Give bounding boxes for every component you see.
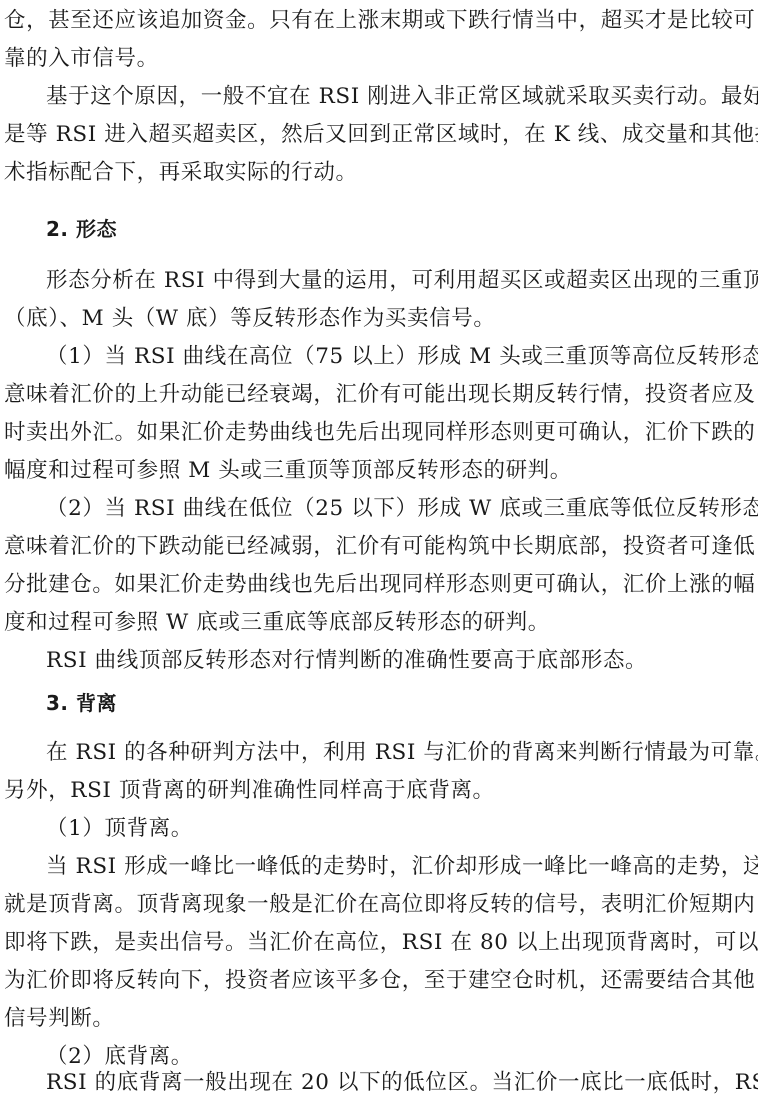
text-line: 仓，甚至还应该追加资金。只有在上涨末期或下跌行情当中，超买才是比较可 — [4, 8, 754, 34]
text-line: 为汇价即将反转向下，投资者应该平多仓，至于建空仓时机，还需要结合其他 — [4, 968, 754, 994]
text-line: 分批建仓。如果汇价走势曲线也先后出现同样形态则更可确认，汇价上涨的幅 — [4, 572, 754, 598]
text-line: 当 RSI 形成一峰比一峰低的走势时，汇价却形成一峰比一峰高的走势，这 — [46, 854, 754, 880]
text-line: （2）底背离。 — [46, 1044, 754, 1070]
text-line: （1）顶背离。 — [46, 816, 754, 842]
text-line: RSI 曲线顶部反转形态对行情判断的准确性要高于底部形态。 — [46, 648, 754, 674]
text-line: 即将下跌，是卖出信号。当汇价在高位，RSI 在 80 以上出现顶背离时，可以认 — [4, 930, 754, 956]
text-line: 意味着汇价的下跌动能已经减弱，汇价有可能构筑中长期底部，投资者可逢低 — [4, 534, 754, 560]
section-heading-divergence: 3. 背离 — [46, 690, 117, 716]
text-line: 另外，RSI 顶背离的研判准确性同样高于底背离。 — [4, 778, 754, 804]
document-page: 仓，甚至还应该追加资金。只有在上涨末期或下跌行情当中，超买才是比较可 靠的入市信… — [0, 0, 758, 1094]
text-line: 术指标配合下，再采取实际的行动。 — [4, 160, 754, 186]
text-line: 时卖出外汇。如果汇价走势曲线也先后出现同样形态则更可确认，汇价下跌的 — [4, 420, 754, 446]
text-line: 幅度和过程可参照 M 头或三重顶等顶部反转形态的研判。 — [4, 458, 754, 484]
text-line: 是等 RSI 进入超买超卖区，然后又回到正常区域时，在 K 线、成交量和其他技 — [4, 122, 754, 148]
text-line: 基于这个原因，一般不宜在 RSI 刚进入非正常区域就采取买卖行动。最好 — [46, 84, 754, 110]
text-line: 就是顶背离。顶背离现象一般是汇价在高位即将反转的信号，表明汇价短期内 — [4, 892, 754, 918]
text-line: （2）当 RSI 曲线在低位（25 以下）形成 W 底或三重底等低位反转形态时， — [46, 496, 754, 522]
text-line: （底）、M 头（W 底）等反转形态作为买卖信号。 — [4, 306, 754, 332]
text-line: 靠的入市信号。 — [4, 46, 754, 72]
section-heading-pattern: 2. 形态 — [46, 216, 117, 242]
text-line: RSI 的底背离一般出现在 20 以下的低位区。当汇价一底比一底低时，RSI — [46, 1070, 754, 1094]
text-line: 度和过程可参照 W 底或三重底等底部反转形态的研判。 — [4, 610, 754, 636]
text-line: （1）当 RSI 曲线在高位（75 以上）形成 M 头或三重顶等高位反转形态时， — [46, 344, 754, 370]
text-line: 意味着汇价的上升动能已经衰竭，汇价有可能出现长期反转行情，投资者应及 — [4, 382, 754, 408]
text-line: 信号判断。 — [4, 1006, 754, 1032]
text-line: 在 RSI 的各种研判方法中，利用 RSI 与汇价的背离来判断行情最为可靠。 — [46, 740, 754, 766]
text-line: 形态分析在 RSI 中得到大量的运用，可利用超买区或超卖区出现的三重顶 — [46, 268, 754, 294]
